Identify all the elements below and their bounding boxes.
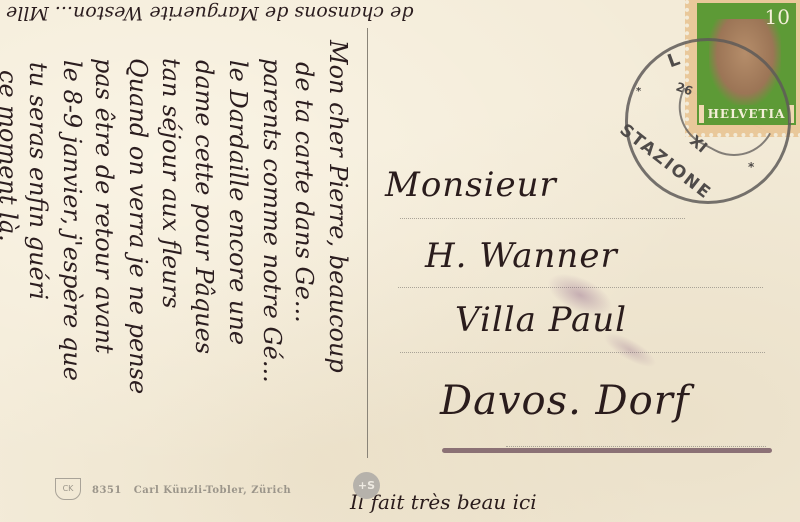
message-column-4: le Dardaille encore une	[224, 60, 252, 345]
address-city: Davos. Dorf	[440, 378, 690, 424]
message-top-line: de chansons de Marguerite Weston... Mlle	[6, 2, 413, 24]
address-line-4	[506, 446, 766, 447]
postmark-star-icon: *	[636, 86, 641, 97]
stamp-value: 10	[765, 5, 790, 29]
message-column-6: tan séjour aux fleurs	[157, 58, 185, 308]
publisher-number: 8351	[92, 485, 122, 496]
message-column-1: Mon cher Pierre, beaucoup	[324, 40, 352, 373]
message-column-8: pas être de retour avant	[90, 58, 118, 354]
publisher-imprint: 8351 Carl Künzli-Tobler, Zürich	[92, 485, 291, 496]
top-line-text: de chansons de Marguerite Weston... Mlle	[6, 2, 413, 24]
message-column-2: de ta carte dans Ge...	[290, 62, 318, 323]
message-column-11: ce moment là.	[0, 70, 22, 242]
center-divider	[367, 28, 368, 458]
postmark-star-icon: *	[748, 160, 754, 174]
message-column-10: tu seras enfin guéri	[24, 62, 52, 300]
address-name: H. Wanner	[425, 236, 618, 276]
swiss-cross-logo-icon: +S	[353, 472, 380, 499]
bottom-note: Il fait très beau ici	[350, 490, 537, 514]
message-column-3: parents comme notre Gé...	[258, 58, 286, 383]
postcard-back: de chansons de Marguerite Weston... Mlle…	[0, 0, 800, 522]
address-salutation: Monsieur	[385, 165, 557, 205]
publisher-logo-icon: CK	[55, 478, 81, 500]
message-column-5: dame cette pour Pâques	[190, 60, 218, 354]
address-line-3	[400, 352, 765, 353]
message-column-7: Quand on verra je ne pense	[124, 58, 152, 394]
message-column-9: le 8-9 janvier, j'espère que	[58, 60, 86, 381]
address-line-1	[400, 218, 685, 219]
city-underline	[442, 448, 772, 453]
publisher-name: Carl Künzli-Tobler, Zürich	[134, 485, 291, 496]
ink-smear	[599, 326, 661, 373]
